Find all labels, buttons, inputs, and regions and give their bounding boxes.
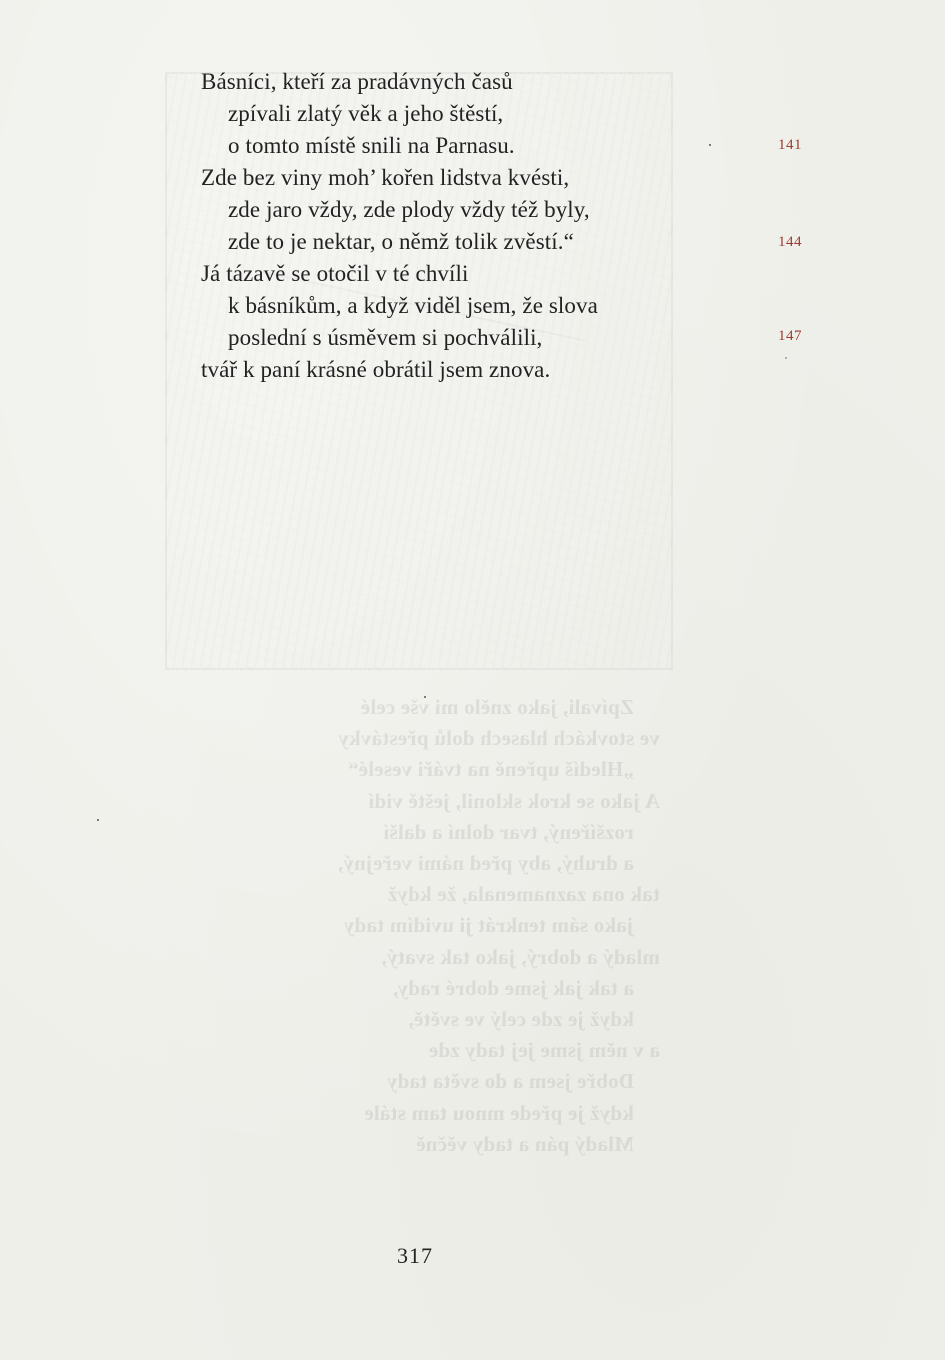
dust-speck xyxy=(709,144,711,146)
bleed-line: ve stovkách hlasech dolů přestávky xyxy=(160,723,660,754)
verse-line-7: Já tázavě se otočil v té chvíli xyxy=(201,258,598,290)
bleed-line: mladý a dobrý, jako tak svatý, xyxy=(160,942,660,973)
verse-line-5: zde jaro vždy, zde plody vždy též byly, xyxy=(201,194,598,226)
bleed-line: rozšířený, tvar dolní a další xyxy=(160,817,660,848)
verse-line-10: tvář k paní krásné obrátil jsem znova. xyxy=(201,354,598,386)
reverse-text-bleed-through: Zpívali, jako znělo mi vše celé ve stovk… xyxy=(160,692,660,1160)
verse-line-2: zpívali zlatý věk a jeho štěstí, xyxy=(201,98,598,130)
line-number-144: 144 xyxy=(778,234,802,251)
verse-line-4: Zde bez viny moh’ kořen lidstva kvésti, xyxy=(201,162,598,194)
bleed-line: Dobře jsem a do světa tady xyxy=(160,1066,660,1097)
bleed-line: Zpívali, jako znělo mi vše celé xyxy=(160,692,660,723)
verse-line-6: zde to je nektar, o němž tolik zvěstí.“ xyxy=(201,226,598,258)
dust-speck xyxy=(785,357,787,359)
dust-speck xyxy=(97,819,99,821)
bleed-line: když je zde celý ve světě, xyxy=(160,1004,660,1035)
bleed-line: když je přede mnou tam stále xyxy=(160,1098,660,1129)
bleed-line: a v něm jsme jej tady zde xyxy=(160,1035,660,1066)
verse-line-3: o tomto místě snili na Parnasu. xyxy=(201,130,598,162)
bleed-line: „Hledíš upřeně na tváři veselé“ xyxy=(160,754,660,785)
bleed-line: tak ona zaznamenala, že když xyxy=(160,879,660,910)
page-number: 317 xyxy=(397,1243,433,1269)
dust-speck xyxy=(424,696,426,698)
line-number-141: 141 xyxy=(778,137,802,154)
bleed-line: a druhý, aby před námi veřejný, xyxy=(160,848,660,879)
verse-line-8: k básníkům, a když viděl jsem, že slova xyxy=(201,290,598,322)
bleed-line: jako sám tenkrát ji uvidím tady xyxy=(160,910,660,941)
verse-line-1: Básníci, kteří za pradávných časů xyxy=(201,66,598,98)
bleed-line: Mladý pán a tady věčně xyxy=(160,1129,660,1160)
bleed-line: A jako se krok sklonil, ještě vidí xyxy=(160,786,660,817)
poem-stanza: Básníci, kteří za pradávných časů zpíval… xyxy=(201,66,598,386)
line-number-147: 147 xyxy=(778,328,802,345)
verse-line-9: poslední s úsměvem si pochválili, xyxy=(201,322,598,354)
bleed-line: a tak jak jsme dobré rady, xyxy=(160,973,660,1004)
